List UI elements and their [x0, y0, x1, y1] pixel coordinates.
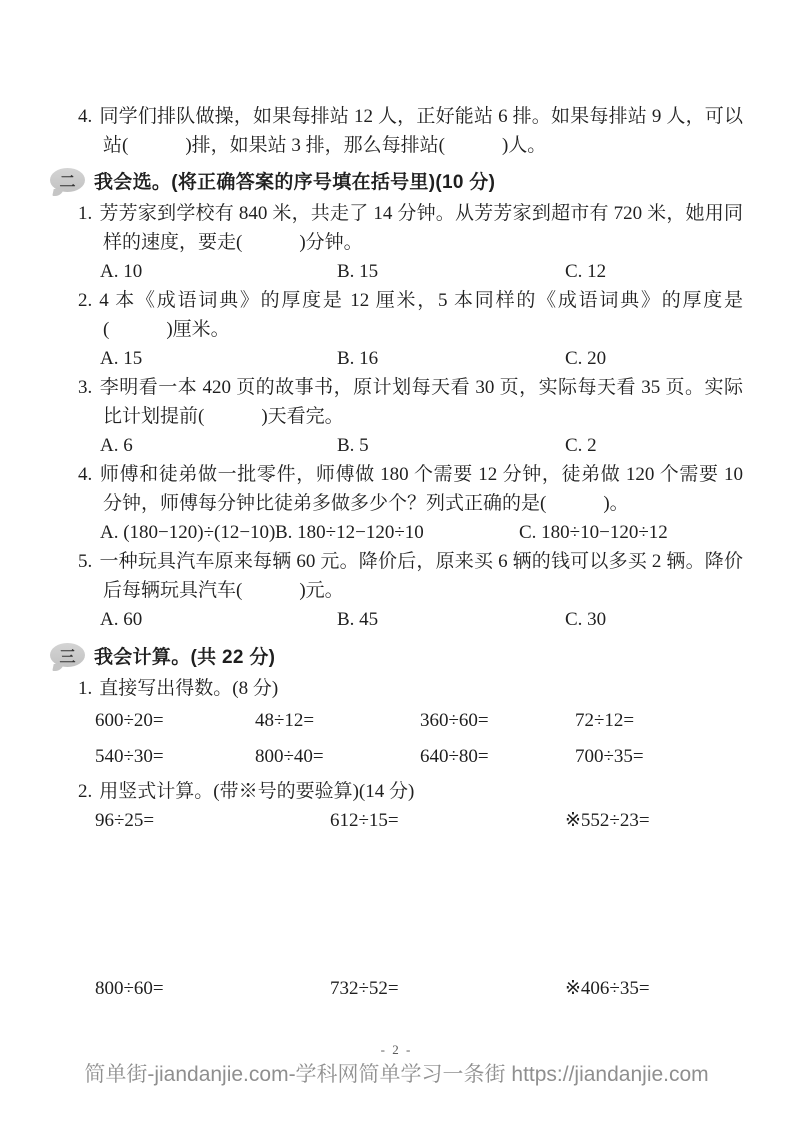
question-text: 李明看一本 420 页的故事书，原计划每天看 30 页，实际每天看 35 页。实…: [99, 377, 743, 427]
choice-question-3: 3.李明看一本 420 页的故事书，原计划每天看 30 页，实际每天看 35 页…: [78, 373, 743, 431]
worksheet-page: 4.同学们排队做操，如果每排站 12 人，正好能站 6 排。如果每排站 9 人，…: [78, 102, 743, 1003]
choice-question-5-options: A. 60 B. 45 C. 30: [78, 605, 743, 634]
choice-question-2-options: A. 15 B. 16 C. 20: [78, 344, 743, 373]
mental-math-item: 800÷40=: [255, 742, 420, 771]
question-text: 4 本《成语词典》的厚度是 12 厘米，5 本同样的《成语词典》的厚度是( )厘…: [99, 290, 743, 340]
vertical-calc-item: ※552÷23=: [565, 806, 743, 835]
section-2-badge-label: 二: [59, 169, 75, 192]
choice-c: C. 2: [565, 431, 743, 460]
question-number: 4.: [78, 464, 99, 485]
mental-math-item: 48÷12=: [255, 706, 420, 735]
section-3-title: 我会计算。(共 22 分): [94, 642, 275, 669]
choice-c: C. 30: [565, 605, 743, 634]
section-3-badge-label: 三: [59, 644, 75, 667]
choice-question-3-options: A. 6 B. 5 C. 2: [78, 431, 743, 460]
vertical-calc-item: 800÷60=: [95, 974, 330, 1003]
page-number: - 2 -: [0, 1042, 793, 1058]
calc-sub-question-2: 2.用竖式计算。(带※号的要验算)(14 分): [78, 777, 743, 806]
fill-in-question-4: 4.同学们排队做操，如果每排站 12 人，正好能站 6 排。如果每排站 9 人，…: [78, 102, 743, 160]
choice-question-2: 2.4 本《成语词典》的厚度是 12 厘米，5 本同样的《成语词典》的厚度是( …: [78, 286, 743, 344]
mental-math-item: 540÷30=: [95, 742, 255, 771]
question-text: 直接写出得数。(8 分): [99, 678, 278, 699]
vertical-calc-item: 96÷25=: [95, 806, 330, 835]
choice-c: C. 180÷10−120÷12: [519, 518, 743, 547]
choice-a: A. 6: [100, 431, 337, 460]
choice-question-5: 5.一种玩具汽车原来每辆 60 元。降价后，原来买 6 辆的钱可以多买 2 辆。…: [78, 547, 743, 605]
question-text: 芳芳家到学校有 840 米，共走了 14 分钟。从芳芳家到超市有 720 米，她…: [99, 203, 743, 253]
choice-question-1: 1.芳芳家到学校有 840 米，共走了 14 分钟。从芳芳家到超市有 720 米…: [78, 199, 743, 257]
section-2-badge-icon: 二: [50, 168, 85, 192]
footer-site-link: 简单街-jiandanjie.com-学科网简单学习一条街 https://ji…: [0, 1058, 793, 1088]
mental-math-item: 360÷60=: [420, 706, 575, 735]
vertical-calc-item: 612÷15=: [330, 806, 565, 835]
choice-b: B. 180÷12−120÷10: [275, 518, 519, 547]
calc-sub-question-1: 1.直接写出得数。(8 分): [78, 674, 743, 703]
question-text: 同学们排队做操，如果每排站 12 人，正好能站 6 排。如果每排站 9 人，可以…: [99, 106, 743, 156]
vertical-calc-item: 732÷52=: [330, 974, 565, 1003]
choice-question-1-options: A. 10 B. 15 C. 12: [78, 257, 743, 286]
section-2-header: 二 我会选。(将正确答案的序号填在括号里)(10 分): [50, 165, 743, 195]
vertical-calc-row-1: 96÷25= 612÷15= ※552÷23=: [78, 806, 743, 835]
section-3-header: 三 我会计算。(共 22 分): [50, 640, 743, 670]
question-number: 2.: [78, 290, 99, 311]
mental-math-item: 600÷20=: [95, 706, 255, 735]
vertical-calc-item: ※406÷35=: [565, 974, 743, 1003]
section-3-badge-icon: 三: [50, 643, 85, 667]
question-number: 1.: [78, 203, 99, 224]
vertical-calc-row-2: 800÷60= 732÷52= ※406÷35=: [78, 974, 743, 1003]
question-text: 一种玩具汽车原来每辆 60 元。降价后，原来买 6 辆的钱可以多买 2 辆。降价…: [99, 551, 743, 601]
mental-math-grid: 600÷20= 48÷12= 360÷60= 72÷12= 540÷30= 80…: [78, 706, 743, 771]
mental-math-item: 72÷12=: [575, 706, 743, 735]
question-number: 2.: [78, 781, 99, 802]
choice-b: B. 15: [337, 257, 565, 286]
mental-math-item: 700÷35=: [575, 742, 743, 771]
choice-b: B. 16: [337, 344, 565, 373]
choice-c: C. 20: [565, 344, 743, 373]
question-text: 师傅和徒弟做一批零件，师傅做 180 个需要 12 分钟，徒弟做 120 个需要…: [99, 464, 743, 514]
section-2-title: 我会选。(将正确答案的序号填在括号里)(10 分): [94, 167, 495, 194]
question-text: 用竖式计算。(带※号的要验算)(14 分): [99, 781, 414, 802]
question-number: 5.: [78, 551, 99, 572]
question-number: 3.: [78, 377, 99, 398]
choice-b: B. 5: [337, 431, 565, 460]
question-number: 1.: [78, 678, 99, 699]
question-number: 4.: [78, 106, 99, 127]
choice-b: B. 45: [337, 605, 565, 634]
choice-a: A. 10: [100, 257, 337, 286]
mental-math-item: 640÷80=: [420, 742, 575, 771]
choice-question-4-options: A. (180−120)÷(12−10) B. 180÷12−120÷10 C.…: [78, 518, 743, 547]
choice-c: C. 12: [565, 257, 743, 286]
choice-a: A. (180−120)÷(12−10): [100, 518, 275, 547]
choice-question-4: 4.师傅和徒弟做一批零件，师傅做 180 个需要 12 分钟，徒弟做 120 个…: [78, 460, 743, 518]
choice-a: A. 60: [100, 605, 337, 634]
choice-a: A. 15: [100, 344, 337, 373]
